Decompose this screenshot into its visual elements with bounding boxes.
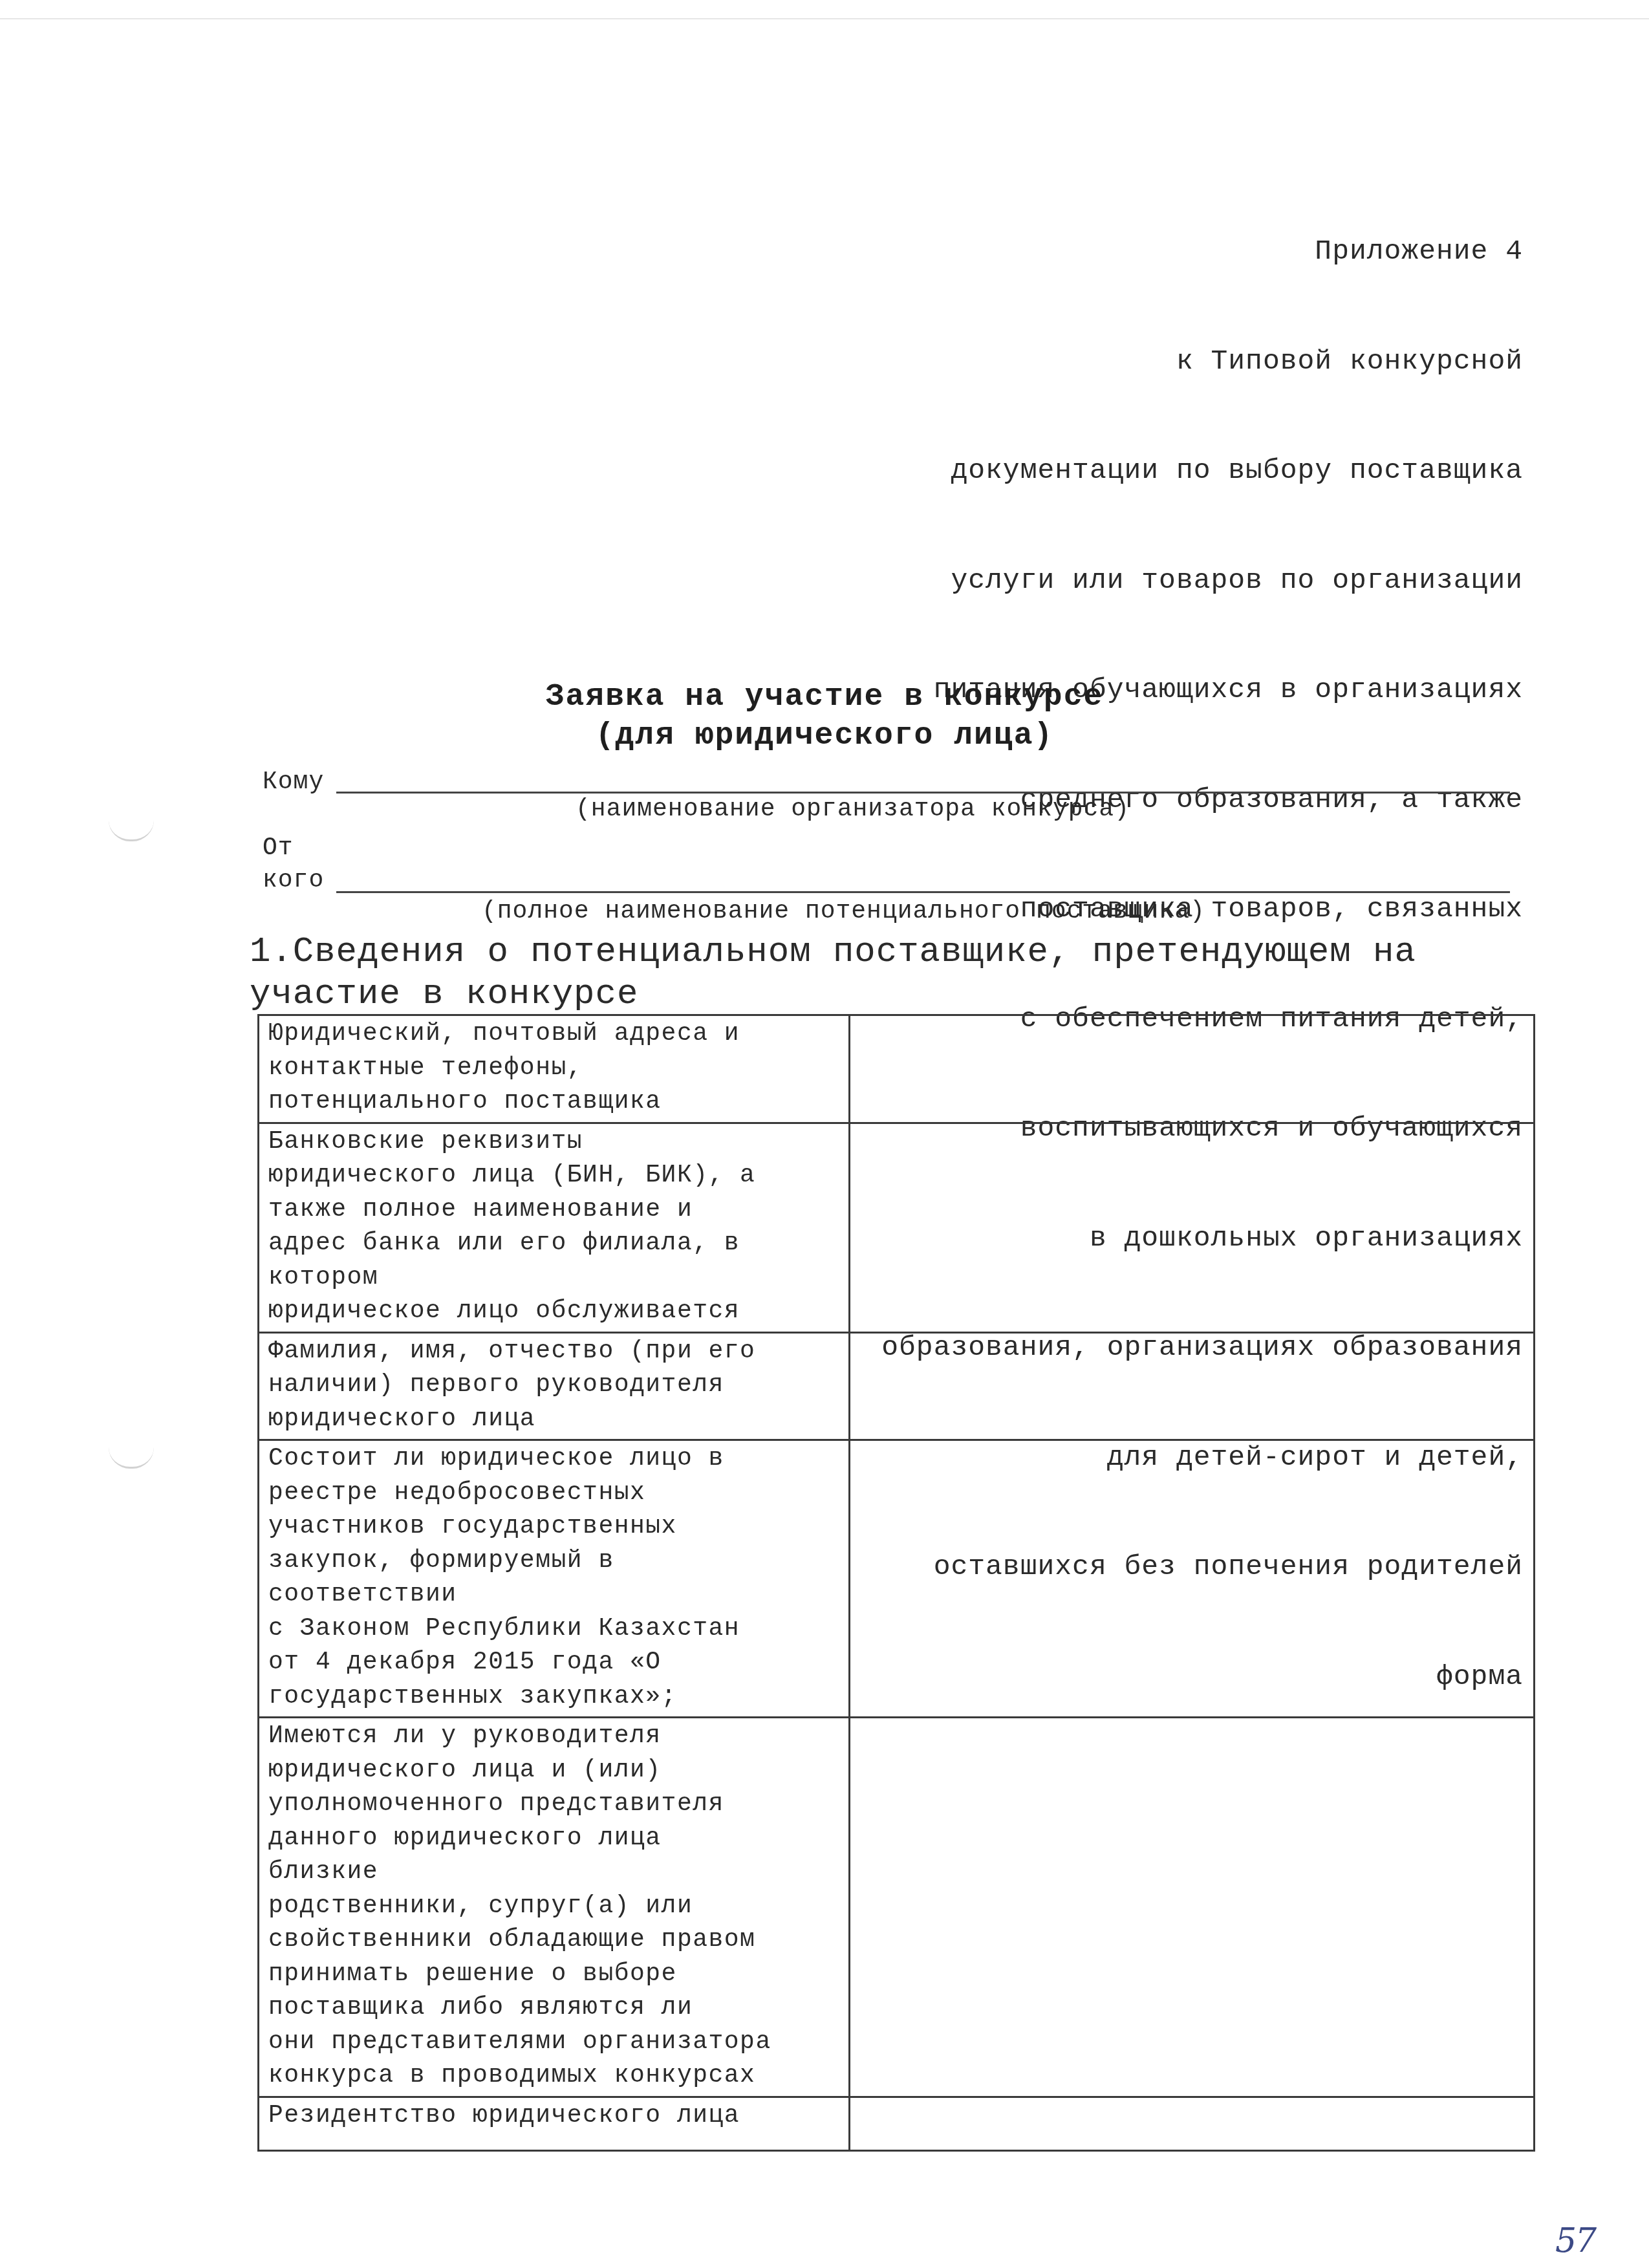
punch-hole-mark bbox=[109, 820, 154, 841]
header-line: документации по выбору поставщика bbox=[881, 453, 1523, 490]
row-value-cell[interactable] bbox=[850, 1015, 1535, 1123]
row-label: Банковские реквизиты юридического лица (… bbox=[259, 1123, 850, 1332]
from-field[interactable] bbox=[336, 891, 1510, 893]
title-line-2: (для юридического лица) bbox=[0, 717, 1649, 755]
title-line-1: Заявка на участие в конкурсе bbox=[0, 678, 1649, 717]
row-value-cell[interactable] bbox=[850, 1123, 1535, 1332]
to-label: Кому bbox=[263, 768, 324, 796]
from-field-hint: (полное наименование потенциального пост… bbox=[482, 898, 1205, 925]
row-label: Резидентство юридического лица bbox=[259, 2097, 850, 2151]
from-label-line-1: От bbox=[263, 834, 294, 862]
punch-hole-mark bbox=[109, 1447, 154, 1469]
table-row: Состоит ли юридическое лицо в реестре не… bbox=[259, 1440, 1535, 1718]
header-line: услуги или товаров по организации bbox=[881, 563, 1523, 599]
supplier-info-table: Юридический, почтовый адреса и контактны… bbox=[257, 1014, 1535, 2152]
table-row: Юридический, почтовый адреса и контактны… bbox=[259, 1015, 1535, 1123]
section-1-heading: 1.Сведения о потенциальном поставщике, п… bbox=[250, 931, 1517, 1015]
row-value-cell[interactable] bbox=[850, 2097, 1535, 2151]
to-field-hint: (наименование организатора конкурса) bbox=[576, 795, 1130, 823]
to-field[interactable] bbox=[336, 792, 1510, 794]
row-value-cell[interactable] bbox=[850, 1440, 1535, 1718]
row-value-cell[interactable] bbox=[850, 1718, 1535, 2097]
document-title: Заявка на участие в конкурсе (для юридич… bbox=[0, 678, 1649, 755]
row-label: Имеются ли у руководителя юридического л… bbox=[259, 1718, 850, 2097]
table-row: Имеются ли у руководителя юридического л… bbox=[259, 1718, 1535, 2097]
header-line: к Типовой конкурсной bbox=[881, 343, 1523, 380]
table-row: Резидентство юридического лица bbox=[259, 2097, 1535, 2151]
handwritten-page-number: 57 bbox=[1555, 2221, 1595, 2260]
row-label: Состоит ли юридическое лицо в реестре не… bbox=[259, 1440, 850, 1718]
row-value-cell[interactable] bbox=[850, 1332, 1535, 1440]
scan-edge-line bbox=[0, 18, 1649, 19]
row-label: Юридический, почтовый адреса и контактны… bbox=[259, 1015, 850, 1123]
from-label-line-2: кого bbox=[263, 867, 324, 894]
table-row: Банковские реквизиты юридического лица (… bbox=[259, 1123, 1535, 1332]
row-label: Фамилия, имя, отчество (при его наличии)… bbox=[259, 1332, 850, 1440]
header-line: Приложение 4 bbox=[881, 233, 1523, 270]
table-row: Фамилия, имя, отчество (при его наличии)… bbox=[259, 1332, 1535, 1440]
